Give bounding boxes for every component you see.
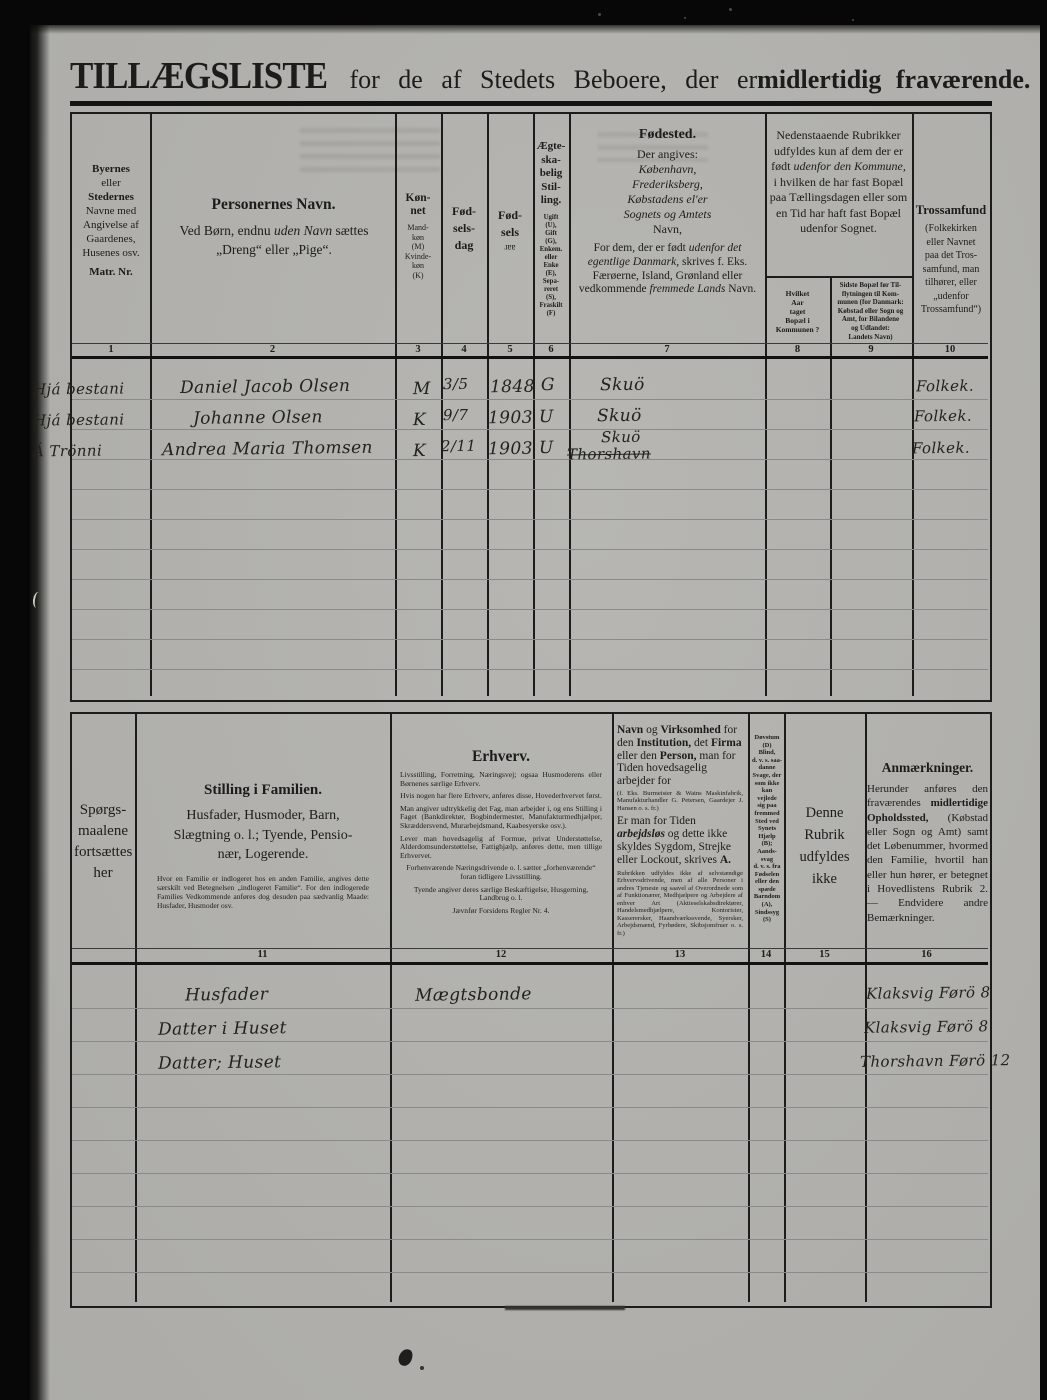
- row2-name: Johanne Olsen: [193, 407, 323, 429]
- table1-col5-title: Fød- sels: [489, 207, 531, 241]
- table1-colnum-3: 3: [395, 344, 441, 356]
- col12-paragraph: Jævnfør Forsidens Regler Nr. 4.: [400, 907, 602, 916]
- row3-marital: U: [539, 438, 554, 458]
- col1-line: eller: [74, 176, 148, 190]
- row3-birthplace-struck: Thorshavn: [567, 444, 651, 463]
- row1-place: Hjá bestani: [33, 379, 125, 398]
- table1-col8-subheader: Hvilket Aar taget Bopæl i Kommunen ?: [767, 289, 828, 334]
- row2-place: Hjá bestani: [33, 410, 125, 429]
- table1-colnum-9: 9: [830, 344, 912, 356]
- col13-smallprint-1: (f. Eks. Burmeister & Wains Maskinfabrik…: [617, 790, 743, 813]
- col13-bold: Firma: [711, 737, 742, 749]
- table1-col7-p1-italic: København, Frederiksberg, Købstadens el'…: [572, 162, 763, 222]
- table1-groupheader-divider: [765, 276, 912, 278]
- table1-colnum-10: 10: [912, 344, 988, 356]
- col7-p2-italic: fremmede Lands: [649, 283, 725, 295]
- col13-text: Er man for Tiden: [617, 815, 696, 827]
- col13-italic: arbejdsløs: [617, 828, 665, 840]
- table2-col16-title: Anmærkninger.: [867, 760, 988, 776]
- row2-sex: K: [413, 410, 426, 430]
- ink-dot: [420, 1366, 424, 1370]
- row2-note: Klaksvig Førö 8: [864, 1017, 989, 1037]
- col89-italic: udenfor den Kommune,: [794, 159, 906, 173]
- row1-faith: Folkek.: [916, 377, 974, 396]
- table1-colnum-8: 8: [765, 344, 830, 356]
- table1-colnum-7: 7: [569, 344, 765, 356]
- table2-colnum-13: 13: [612, 949, 748, 961]
- col13-text: eller den: [617, 750, 660, 762]
- table1-colnum-1: 1: [72, 344, 150, 356]
- col89-text: i hvilken de har fast Bopæl paa Tællings…: [770, 175, 907, 236]
- col16-text: (Købstad eller Sogn og Amt) samt det Løb…: [867, 812, 988, 924]
- table1-col7-p1-end: Navn,: [572, 222, 763, 237]
- table1-col2-title: Personernes Navn.: [154, 196, 393, 214]
- row1-position: Husfader: [185, 984, 268, 1005]
- row2-birthyear: 1903: [488, 408, 533, 429]
- table1-col6-title: Ægte- ska- belig Stil- ling.: [534, 140, 568, 208]
- col13-text: det: [691, 737, 711, 749]
- table1-col7-p2: For dem, der er født udenfor det egentli…: [578, 242, 757, 297]
- col1-line: Stedernes: [74, 190, 148, 204]
- table1-col89-group-header: Nedenstaaende Rubrikker udfyldes kun af …: [769, 128, 908, 237]
- col13-smallprint-2: Rubrikken udfyldes ikke af selvstændige …: [617, 870, 743, 938]
- col1-line: Husenes osv.: [74, 246, 148, 260]
- col13-text: og: [643, 724, 660, 736]
- table1-col7-p1: Der angives:: [572, 147, 763, 162]
- table2-number-row-bottom: [72, 962, 988, 965]
- dust-speck: [598, 13, 601, 16]
- row2-birthplace: Skuö: [597, 406, 642, 427]
- dust-speck: [729, 8, 732, 11]
- table2-colnum-15: 15: [784, 949, 865, 961]
- row2-birthday: 9/7: [443, 406, 469, 424]
- table2-col15-note: Denne Rubrik udfyldes ikke: [786, 802, 863, 890]
- table1-col3-title: Køn- net: [397, 192, 439, 218]
- row3-note: Thorshavn Førö 12: [860, 1051, 1011, 1071]
- form-title-emphasis: midlertidig fraværende.: [757, 65, 1030, 95]
- col12-paragraph: Forhenværende Næringsdrivende o. l. sætt…: [400, 864, 602, 881]
- table1-col9-subheader: Sidste Bopæl før Til- flytningen til Kom…: [831, 281, 910, 341]
- row3-name: Andrea Maria Thomsen: [162, 438, 373, 461]
- table2-col13: Navn og Virksomhed for den Institution, …: [617, 724, 743, 937]
- row3-birthday: 2/11: [441, 437, 477, 455]
- table2-colnum-12: 12: [390, 949, 612, 961]
- table2-col11-subtitle: Husfader, Husmoder, Barn, Slægtning o. l…: [139, 806, 387, 865]
- col2-sub-text: Ved Børn, endnu: [179, 223, 274, 238]
- table2-colnum-16: 16: [865, 949, 988, 961]
- row1-occupation: Mægtsbonde: [415, 984, 532, 1005]
- table2-colnum-14: 14: [748, 949, 784, 961]
- col7-p2-text: Navn.: [725, 283, 756, 295]
- table2-left-label: Spørgs- maalene fortsættes her: [74, 800, 132, 884]
- col7-p2-text: For dem, der er født: [594, 242, 689, 254]
- dust-speck: [684, 17, 686, 19]
- table1-colnum-6: 6: [533, 344, 569, 356]
- col13-bold: Person,: [660, 750, 697, 762]
- col12-paragraph: Lever man hovedsagelig af Formue, privat…: [400, 835, 602, 861]
- dust-speck: [852, 19, 854, 21]
- row1-birthday: 3/5: [443, 375, 469, 393]
- col12-paragraph: Hvis nogen har flere Erhverv, anføres di…: [400, 792, 602, 801]
- table1-col5-aar-inverted: aar: [489, 243, 531, 253]
- row1-name: Daniel Jacob Olsen: [180, 376, 351, 398]
- col1-line: Navne med: [74, 204, 148, 218]
- table1-colnum-5: 5: [487, 344, 533, 356]
- col13-bold: Virksomhed: [660, 724, 720, 736]
- table1-col10-subtitle: (Folkekirken eller Navnet paa det Tros- …: [914, 222, 988, 317]
- col1-line: Byernes: [74, 162, 148, 176]
- col13-main-paragraph: Navn og Virksomhed for den Institution, …: [617, 724, 743, 788]
- row3-position: Datter; Huset: [158, 1052, 282, 1074]
- row1-birthplace: Skuö: [600, 375, 645, 396]
- form-title-main: TILLÆGSLISTE: [70, 54, 327, 98]
- row1-note: Klaksvig Førö 8: [866, 983, 991, 1003]
- col12-paragraph: Livsstilling, Forretning, Næringsvej; og…: [400, 771, 602, 788]
- row3-birthyear: 1903: [488, 439, 533, 460]
- table2-colnum-11: 11: [135, 949, 390, 961]
- row1-sex: M: [413, 379, 431, 399]
- table1-col2-subtitle: Ved Børn, endnu uden Navn sættes „Dreng“…: [176, 221, 372, 259]
- table1-col10-title: Trossamfund: [914, 203, 988, 218]
- table2-col12-title: Erhverv.: [394, 748, 608, 766]
- col2-sub-italic: uden Navn: [274, 223, 332, 238]
- table1-col1-header: Byernes eller Stedernes Navne med Angive…: [74, 162, 148, 279]
- table1-colnum-4: 4: [441, 344, 487, 356]
- row1-birthyear: 1848: [490, 377, 535, 398]
- table1-col3-subtitle: Mand- køn (M) Kvinde- køn (K): [397, 223, 439, 280]
- table1-col7-title: Fødested.: [572, 127, 763, 143]
- row3-birthplace-correction: Skuö: [601, 428, 641, 446]
- form-title: TILLÆGSLISTE for de af Stedets Beboere, …: [70, 54, 992, 98]
- col13-second-paragraph: Er man for Tiden arbejdsløs og dette ikk…: [617, 815, 743, 866]
- table2-col11-smallprint: Hvor en Familie er indlogeret hos en and…: [157, 874, 369, 910]
- row3-faith: Folkek.: [912, 439, 970, 458]
- printers-imprint: [505, 1306, 625, 1310]
- col12-paragraph: Tyende angiver deres særlige Beskæftigel…: [400, 886, 602, 903]
- row1-marital: G: [541, 375, 555, 395]
- table2-col11-title: Stilling i Familien.: [139, 782, 387, 799]
- title-rule: [70, 101, 992, 106]
- col1-line: Angivelse af: [74, 218, 148, 232]
- form-title-mid: for de af Stedets Beboere, der er: [349, 65, 757, 95]
- table2-col14-codes: Døvstum (D) Blind, d. v. s. saa- danne S…: [752, 734, 782, 924]
- table2-col12-paragraphs: Livsstilling, Forretning, Næringsvej; og…: [400, 771, 602, 915]
- table1-col4-title: Fød- sels- dag: [443, 203, 485, 254]
- row2-position: Datter i Huset: [158, 1018, 287, 1040]
- col13-bold: A.: [720, 854, 731, 866]
- col1-line: Gaardenes,: [74, 232, 148, 246]
- table1-colnum-2: 2: [150, 344, 395, 356]
- col13-bold: Navn: [617, 724, 643, 736]
- row3-sex: K: [413, 441, 426, 461]
- row3-place: Á Trönni: [33, 442, 102, 461]
- col13-bold: Institution,: [636, 737, 691, 749]
- table2-col16-body: Herunder anføres den fraværendes midlert…: [867, 782, 988, 925]
- row2-faith: Folkek.: [914, 407, 972, 426]
- col1-matr-nr: Matr. Nr.: [74, 265, 148, 279]
- table1-col6-codes: Ugift (U), Gift (G), Enkem. eller Enke (…: [534, 214, 568, 318]
- table1-number-row-bottom: [72, 356, 988, 359]
- col12-paragraph: Man angiver udtrykkelig det Fag, man arb…: [400, 805, 602, 831]
- row2-marital: U: [539, 407, 554, 427]
